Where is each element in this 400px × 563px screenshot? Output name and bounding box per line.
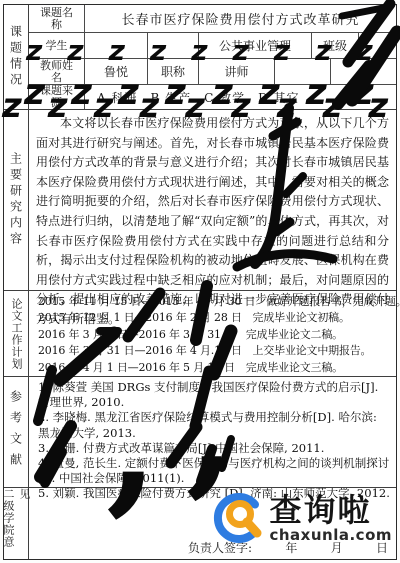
source-row: 课题来源 A 科研 B 生产 C 教学 D 其它: [29, 84, 396, 109]
work-plan-item: 2016 年 3 月 1 日—2016 年 3 月 31 日 完成毕业论文二稿。: [38, 327, 396, 343]
chaxunla-watermark: 查询啦 chaxunla.com: [213, 490, 392, 546]
thesis-title: 长春市医疗保险费用偿付方式改革研究: [84, 5, 396, 32]
work-plan-item: 2015 年 11 月 15 日—2015 年 11 月 30 日 做好开题报告…: [38, 294, 396, 310]
work-plan-item: 2016 年 3 月 31 日—2016 年 4 月.15 日 上交毕业论文中期…: [38, 343, 396, 359]
reference-item: 4. 董曼, 范长生. 定额付费下医保机构与医疗机构之间的谈判机制探讨[J]. …: [38, 456, 390, 486]
job-title-label-cell: 职称: [147, 59, 198, 84]
form-table: 课题情况 课题名称 长春市医疗保险费用偿付方式改革研究 学生 公共事业管理 班级…: [3, 4, 397, 560]
student-name-cell: [84, 33, 147, 58]
section-references: 参考文献 1. 陈葵萱 美国 DRGs 支付制度对我国医疗保险付费方式的启示[J…: [4, 376, 396, 487]
topic-info-section-label: 课题情况: [4, 5, 29, 109]
source-options: A 科研 B 生产 C 教学 D 其它: [84, 85, 396, 109]
student-row: 学生 公共事业管理 班级: [29, 32, 396, 58]
section-topic-info: 课题情况 课题名称 长春市医疗保险费用偿付方式改革研究 学生 公共事业管理 班级…: [4, 5, 396, 109]
research-paragraph-area: 本文将以长春市医疗保险费用偿付方式为对象，从以下几个方面对其进行研究与阐述。首先…: [29, 110, 396, 290]
student-label: 学生: [29, 33, 84, 58]
research-section-label: 主要研究内容: [4, 110, 29, 290]
class-value-cell: [358, 33, 396, 58]
opinion-body: 查询啦 chaxunla.com 负责人签字: 年 月 日: [29, 488, 396, 559]
reference-item: 3. 邹珊. 付费方式改革谋篇布局[J] 中国社会保障, 2011.: [38, 441, 390, 456]
section-college-opinion: 二级学院意见 查询啦 chaxunla.com 负责人签字: 年: [4, 487, 396, 559]
work-plan-list: 2015 年 11 月 15 日—2015 年 11 月 30 日 做好开题报告…: [29, 291, 396, 376]
teacher-name-cell: 鲁悦: [84, 59, 147, 84]
job-title-value-cell: 讲师: [198, 59, 274, 84]
empty-cell: [330, 59, 396, 84]
work-plan-item: 2016 年 4 月 1 日—2016 年 5 月 10 日 完成毕业论文三稿。: [38, 360, 396, 376]
section-research-content: 主要研究内容 本文将以长春市医疗保险费用偿付方式为对象，从以下几个方面对其进行研…: [4, 109, 396, 290]
reference-item: 1. 陈葵萱 美国 DRGs 支付制度对我国医疗保险付费方式的启示[J]. 管理…: [38, 380, 390, 410]
title-label: 课题名称: [29, 5, 84, 32]
source-label: 课题来源: [29, 85, 84, 109]
reference-item: 2. 李晓梅. 黑龙江省医疗保险结算模式与费用控制分析[D]. 哈尔滨: 黑龙江…: [38, 410, 390, 440]
title-row: 课题名称 长春市医疗保险费用偿付方式改革研究: [29, 5, 396, 32]
chaxunla-logo-icon: [213, 490, 267, 546]
major-label-cell: [147, 33, 198, 58]
empty-cell: [274, 59, 330, 84]
work-plan-section-label: 论文工作计划: [4, 291, 29, 376]
watermark-brand-name: 查询啦: [269, 493, 371, 527]
references-list: 1. 陈葵萱 美国 DRGs 支付制度对我国医疗保险付费方式的启示[J]. 管理…: [29, 377, 396, 487]
topic-info-grid: 课题名称 长春市医疗保险费用偿付方式改革研究 学生 公共事业管理 班级 教师姓名…: [29, 5, 396, 109]
class-label-cell: 班级: [311, 33, 358, 58]
opinion-section-label: 二级学院意见: [4, 488, 29, 559]
teacher-row: 教师姓名 鲁悦 职称 讲师: [29, 58, 396, 84]
major-value-cell: 公共事业管理: [198, 33, 311, 58]
section-work-plan: 论文工作计划 2015 年 11 月 15 日—2015 年 11 月 30 日…: [4, 290, 396, 376]
references-section-label: 参考文献: [4, 377, 29, 487]
work-plan-item: 2015 年 12 月 1 日—2016 年 2 月 28 日 完成毕业论文初稿…: [38, 310, 396, 326]
teacher-label: 教师姓名: [29, 59, 84, 84]
scanned-thesis-proposal-form: 课题情况 课题名称 长春市医疗保险费用偿付方式改革研究 学生 公共事业管理 班级…: [0, 0, 400, 563]
watermark-text-block: 查询啦 chaxunla.com: [269, 493, 392, 543]
watermark-domain: chaxunla.com: [269, 527, 392, 543]
